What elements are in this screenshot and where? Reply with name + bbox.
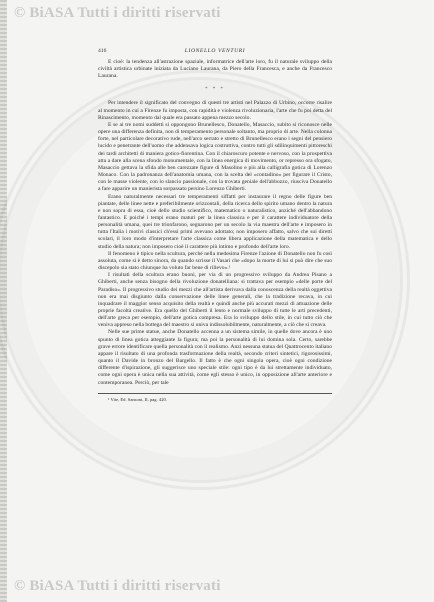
book-page: 416 LIONELLO VENTURI E cioè: la tendenza… xyxy=(98,48,332,403)
footnote-divider xyxy=(98,393,332,394)
paragraph-3: E se ai tre nomi suddetti si oppongono B… xyxy=(98,122,332,194)
paragraph-1: E cioè: la tendenza all'astrazione spazi… xyxy=(98,59,332,80)
running-title: LIONELLO VENTURI xyxy=(98,48,332,55)
paragraph-7: Nelle sue prime statue, anche Donatello … xyxy=(98,329,332,386)
section-break: * * * xyxy=(98,80,332,100)
footnote: ¹ Vite, Ed. Sansoni, II, pag. 420. xyxy=(98,397,332,403)
running-head: 416 LIONELLO VENTURI xyxy=(98,48,332,59)
paragraph-5: Il fenomeno è tipico nella scultura, per… xyxy=(98,251,332,272)
watermark-top: © BiASA Tutti i diritti riservati xyxy=(14,5,221,22)
paragraph-4: Erano naturalmente necessari tre tempera… xyxy=(98,194,332,251)
paragraph-2: Per intendere il significato del convegn… xyxy=(98,100,332,121)
paragraph-6: I risultati della scultura erano buoni, … xyxy=(98,272,332,329)
watermark-bottom: © BiASA Tutti i diritti riservati xyxy=(14,578,221,595)
